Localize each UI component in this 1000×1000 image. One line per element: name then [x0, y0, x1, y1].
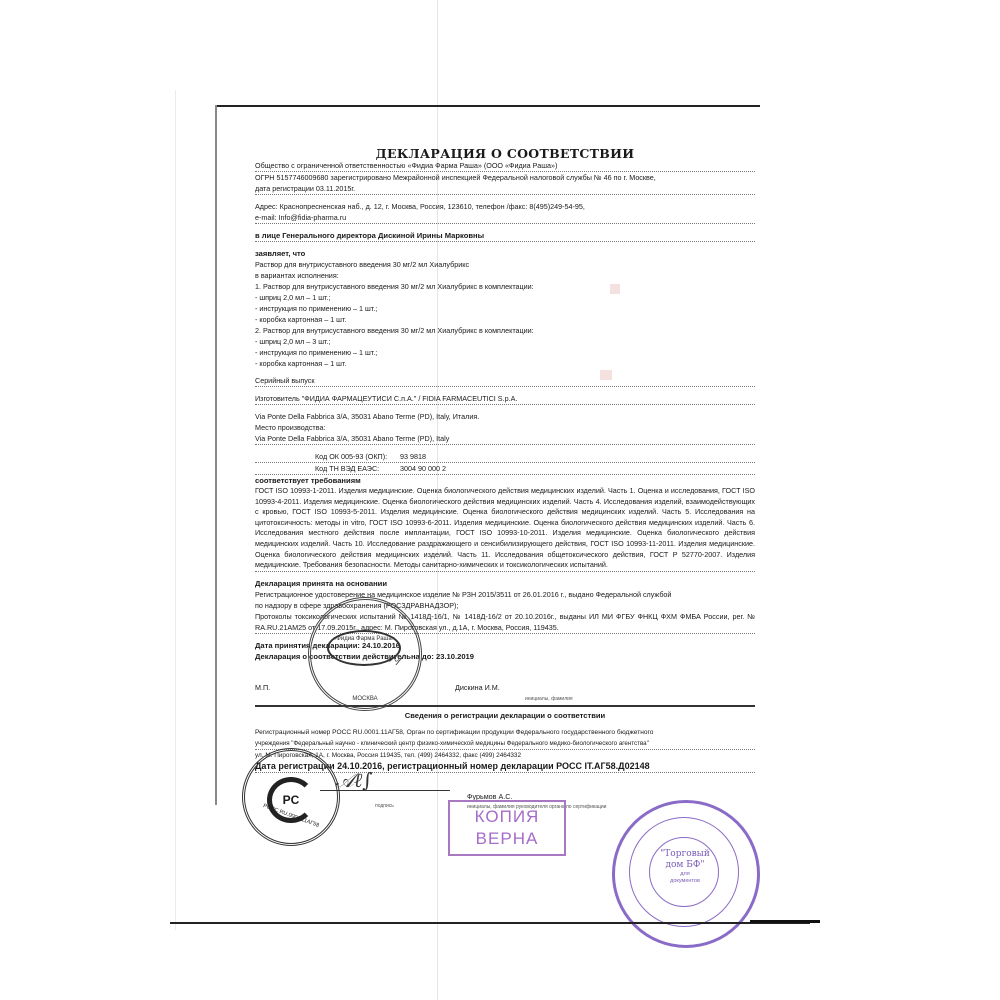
- variant-item: - инструкция по применению – 1 шт.;: [255, 303, 755, 314]
- section-divider: [255, 705, 755, 707]
- signer-name: Дискина И.М.: [455, 682, 500, 693]
- variant-item: 1. Раствор для внутрисуставного введения…: [255, 281, 755, 292]
- variant-item: - коробка картонная – 1 шт.: [255, 358, 755, 369]
- signature-diskina: 〰⁄: [385, 650, 401, 670]
- document-frame-left: [215, 105, 217, 805]
- trade-house-stamp-center: "Торговый дом БФ" для документов: [641, 849, 729, 885]
- document-frame-top: [215, 105, 760, 107]
- variant-item: - шприц 2,0 мл – 1 шт.;: [255, 292, 755, 303]
- scan-artifact-line: [175, 90, 176, 930]
- basis-line-1: Регистрационное удостоверение на медицин…: [255, 589, 755, 600]
- variant-item: - шприц 2,0 мл – 3 шт.;: [255, 336, 755, 347]
- page-bottom-rule: [170, 922, 810, 924]
- mp-label: М.П.: [255, 682, 270, 693]
- registration-line-3: ул. М. Пироговская, 1А, г. Москва, Росси…: [255, 750, 755, 761]
- applicant-address: Адрес: Краснопресненская наб., д. 12, г.…: [255, 201, 755, 212]
- requirements-text: ГОСТ ISO 10993-1-2011. Изделия медицинск…: [255, 486, 755, 572]
- variants-list: 1. Раствор для внутрисуставного введения…: [255, 281, 755, 369]
- applicant-ogrn: ОГРН 5157746009680 зарегистрировано Межр…: [255, 172, 755, 183]
- code-tnved: Код ТН ВЭД ЕАЭС:3004 90 000 2: [255, 463, 755, 475]
- variant-item: 2. Раствор для внутрисуставного введения…: [255, 325, 755, 336]
- registration-line-1: Регистрационный номер РОСС RU.0001.11АГ5…: [255, 727, 755, 738]
- serial-production: Серийный выпуск: [255, 375, 755, 387]
- trade-house-stamp: "Торговый дом БФ" для документов: [612, 800, 760, 948]
- registration-line-2: учреждения "Федеральный научно - клиниче…: [255, 738, 755, 750]
- page-title: ДЕКЛАРАЦИЯ О СООТВЕТСТВИИ: [255, 148, 755, 159]
- registration-heading: Сведения о регистрации декларации о соот…: [255, 710, 755, 721]
- production-place: Via Ponte Della Fabbrica 3/A, 35031 Aban…: [255, 433, 755, 445]
- applicant-reg-date: дата регистрации 03.11.2015г.: [255, 183, 755, 195]
- declaration-document: ДЕКЛАРАЦИЯ О СООТВЕТСТВИИ Общество с огр…: [255, 148, 755, 815]
- basis-heading: Декларация принята на основании: [255, 578, 755, 589]
- code-okp: Код ОК 005-93 (ОКП):93 9818: [255, 451, 755, 463]
- applicant-representative: в лице Генерального директора Дискиной И…: [255, 230, 755, 242]
- company-stamp: «Фидиа Фарма Раша» МОСКВА: [308, 597, 422, 711]
- applicant-email: e-mail: Info@fidia-pharma.ru: [255, 212, 755, 224]
- variants-heading: в вариантах исполнения:: [255, 270, 755, 281]
- company-stamp-city: МОСКВА: [311, 696, 419, 702]
- signature-line: [320, 790, 450, 791]
- signature-caption: подпись: [375, 801, 394, 812]
- page-bottom-rule: [750, 920, 820, 923]
- requirements-heading: соответствует требованиям: [255, 475, 755, 486]
- manufacturer: Изготовитель "ФИДИА ФАРМАЦЕУТИСИ С.п.А."…: [255, 393, 755, 405]
- variant-item: - коробка картонная – 1 шт.: [255, 314, 755, 325]
- copy-certified-stamp: КОПИЯ ВЕРНА: [448, 800, 566, 856]
- production-place-label: Место производства:: [255, 422, 755, 433]
- scan-artifact: [600, 370, 612, 380]
- variant-item: - инструкция по применению – 1 шт.;: [255, 347, 755, 358]
- manufacturer-address: Via Ponte Della Fabbrica 3/A, 35031 Aban…: [255, 411, 755, 422]
- declares-heading: заявляет, что: [255, 248, 755, 259]
- signer-caption: инициалы, фамилия: [525, 694, 573, 705]
- certification-body-stamp: PC РОСС RU.0001.11АГ58: [242, 748, 340, 846]
- scan-artifact: [610, 284, 620, 294]
- applicant-name: Общество с ограниченной ответственностью…: [255, 160, 755, 172]
- product-name: Раствор для внутрисуставного введения 30…: [255, 259, 755, 270]
